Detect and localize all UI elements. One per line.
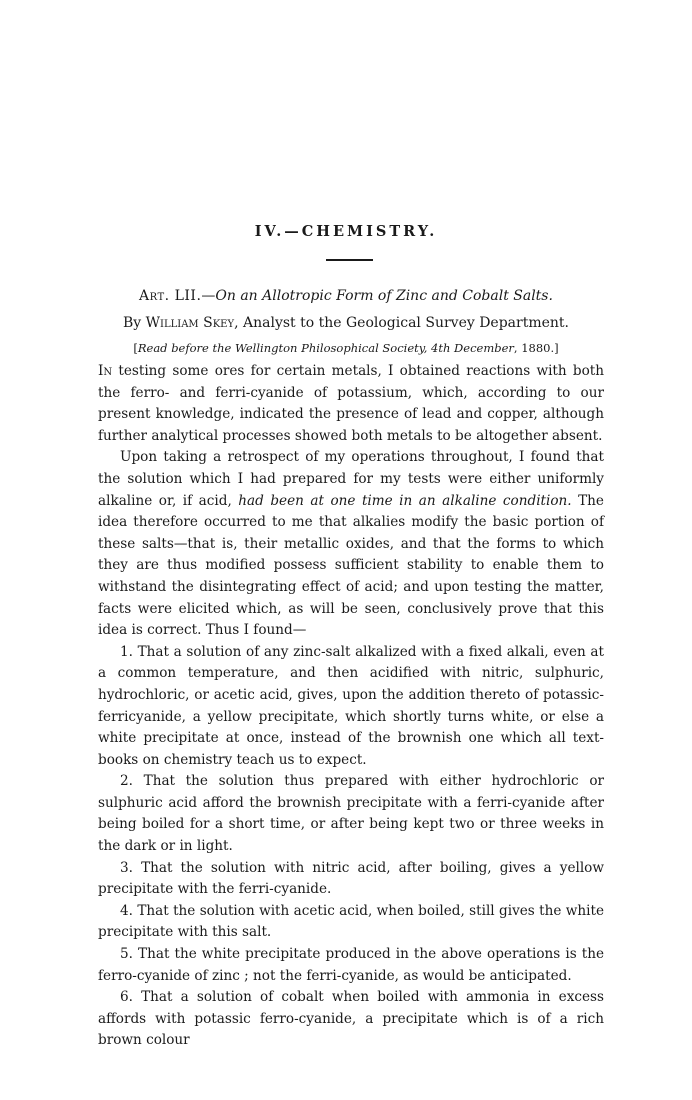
byline-suffix: , Analyst to the Geological Survey Depar… [234,315,569,331]
finding-6: 6. That a solution of cobalt when boiled… [98,987,604,1052]
paragraph-intro: In testing some ores for certain metals,… [98,361,604,447]
byline-prefix: By [123,315,146,331]
read-note-italic: Read before the Wellington Philosophical… [138,341,514,355]
finding-3: 3. That the solution with nitric acid, a… [98,858,604,901]
paragraph-italic: had been at one time in an alkaline cond… [238,493,571,509]
paragraph-retrospect: Upon taking a retrospect of my operation… [98,447,604,641]
lead-small-caps: In [98,363,112,379]
read-note: [Read before the Wellington Philosophica… [0,341,692,355]
document-page: IV.—CHEMISTRY. Art. LII.—On an Allotropi… [0,0,692,1100]
finding-5: 5. That the white precipitate produced i… [98,944,604,987]
title-rule-divider [326,259,373,261]
article-title: Art. LII.—On an Allotropic Form of Zinc … [0,288,692,304]
section-title: IV.—CHEMISTRY. [0,223,692,240]
paragraph-text: testing some ores for certain metals, I … [98,363,604,444]
paragraph-text: The idea therefore occurred to me that a… [98,493,604,639]
finding-2: 2. That the solution thus prepared with … [98,771,604,857]
finding-1: 1. That a solution of any zinc-salt alka… [98,642,604,772]
article-title-text: On an Allotropic Form of Zinc and Cobalt… [215,288,553,304]
article-label: Art. LII. [139,288,201,304]
author-name: William Skey [146,315,234,331]
finding-4: 4. That the solution with acetic acid, w… [98,901,604,944]
read-note-close: , 1880.] [514,341,559,355]
byline: By William Skey, Analyst to the Geologic… [0,315,692,331]
article-body: In testing some ores for certain metals,… [98,361,604,1052]
article-dash: — [201,288,215,304]
